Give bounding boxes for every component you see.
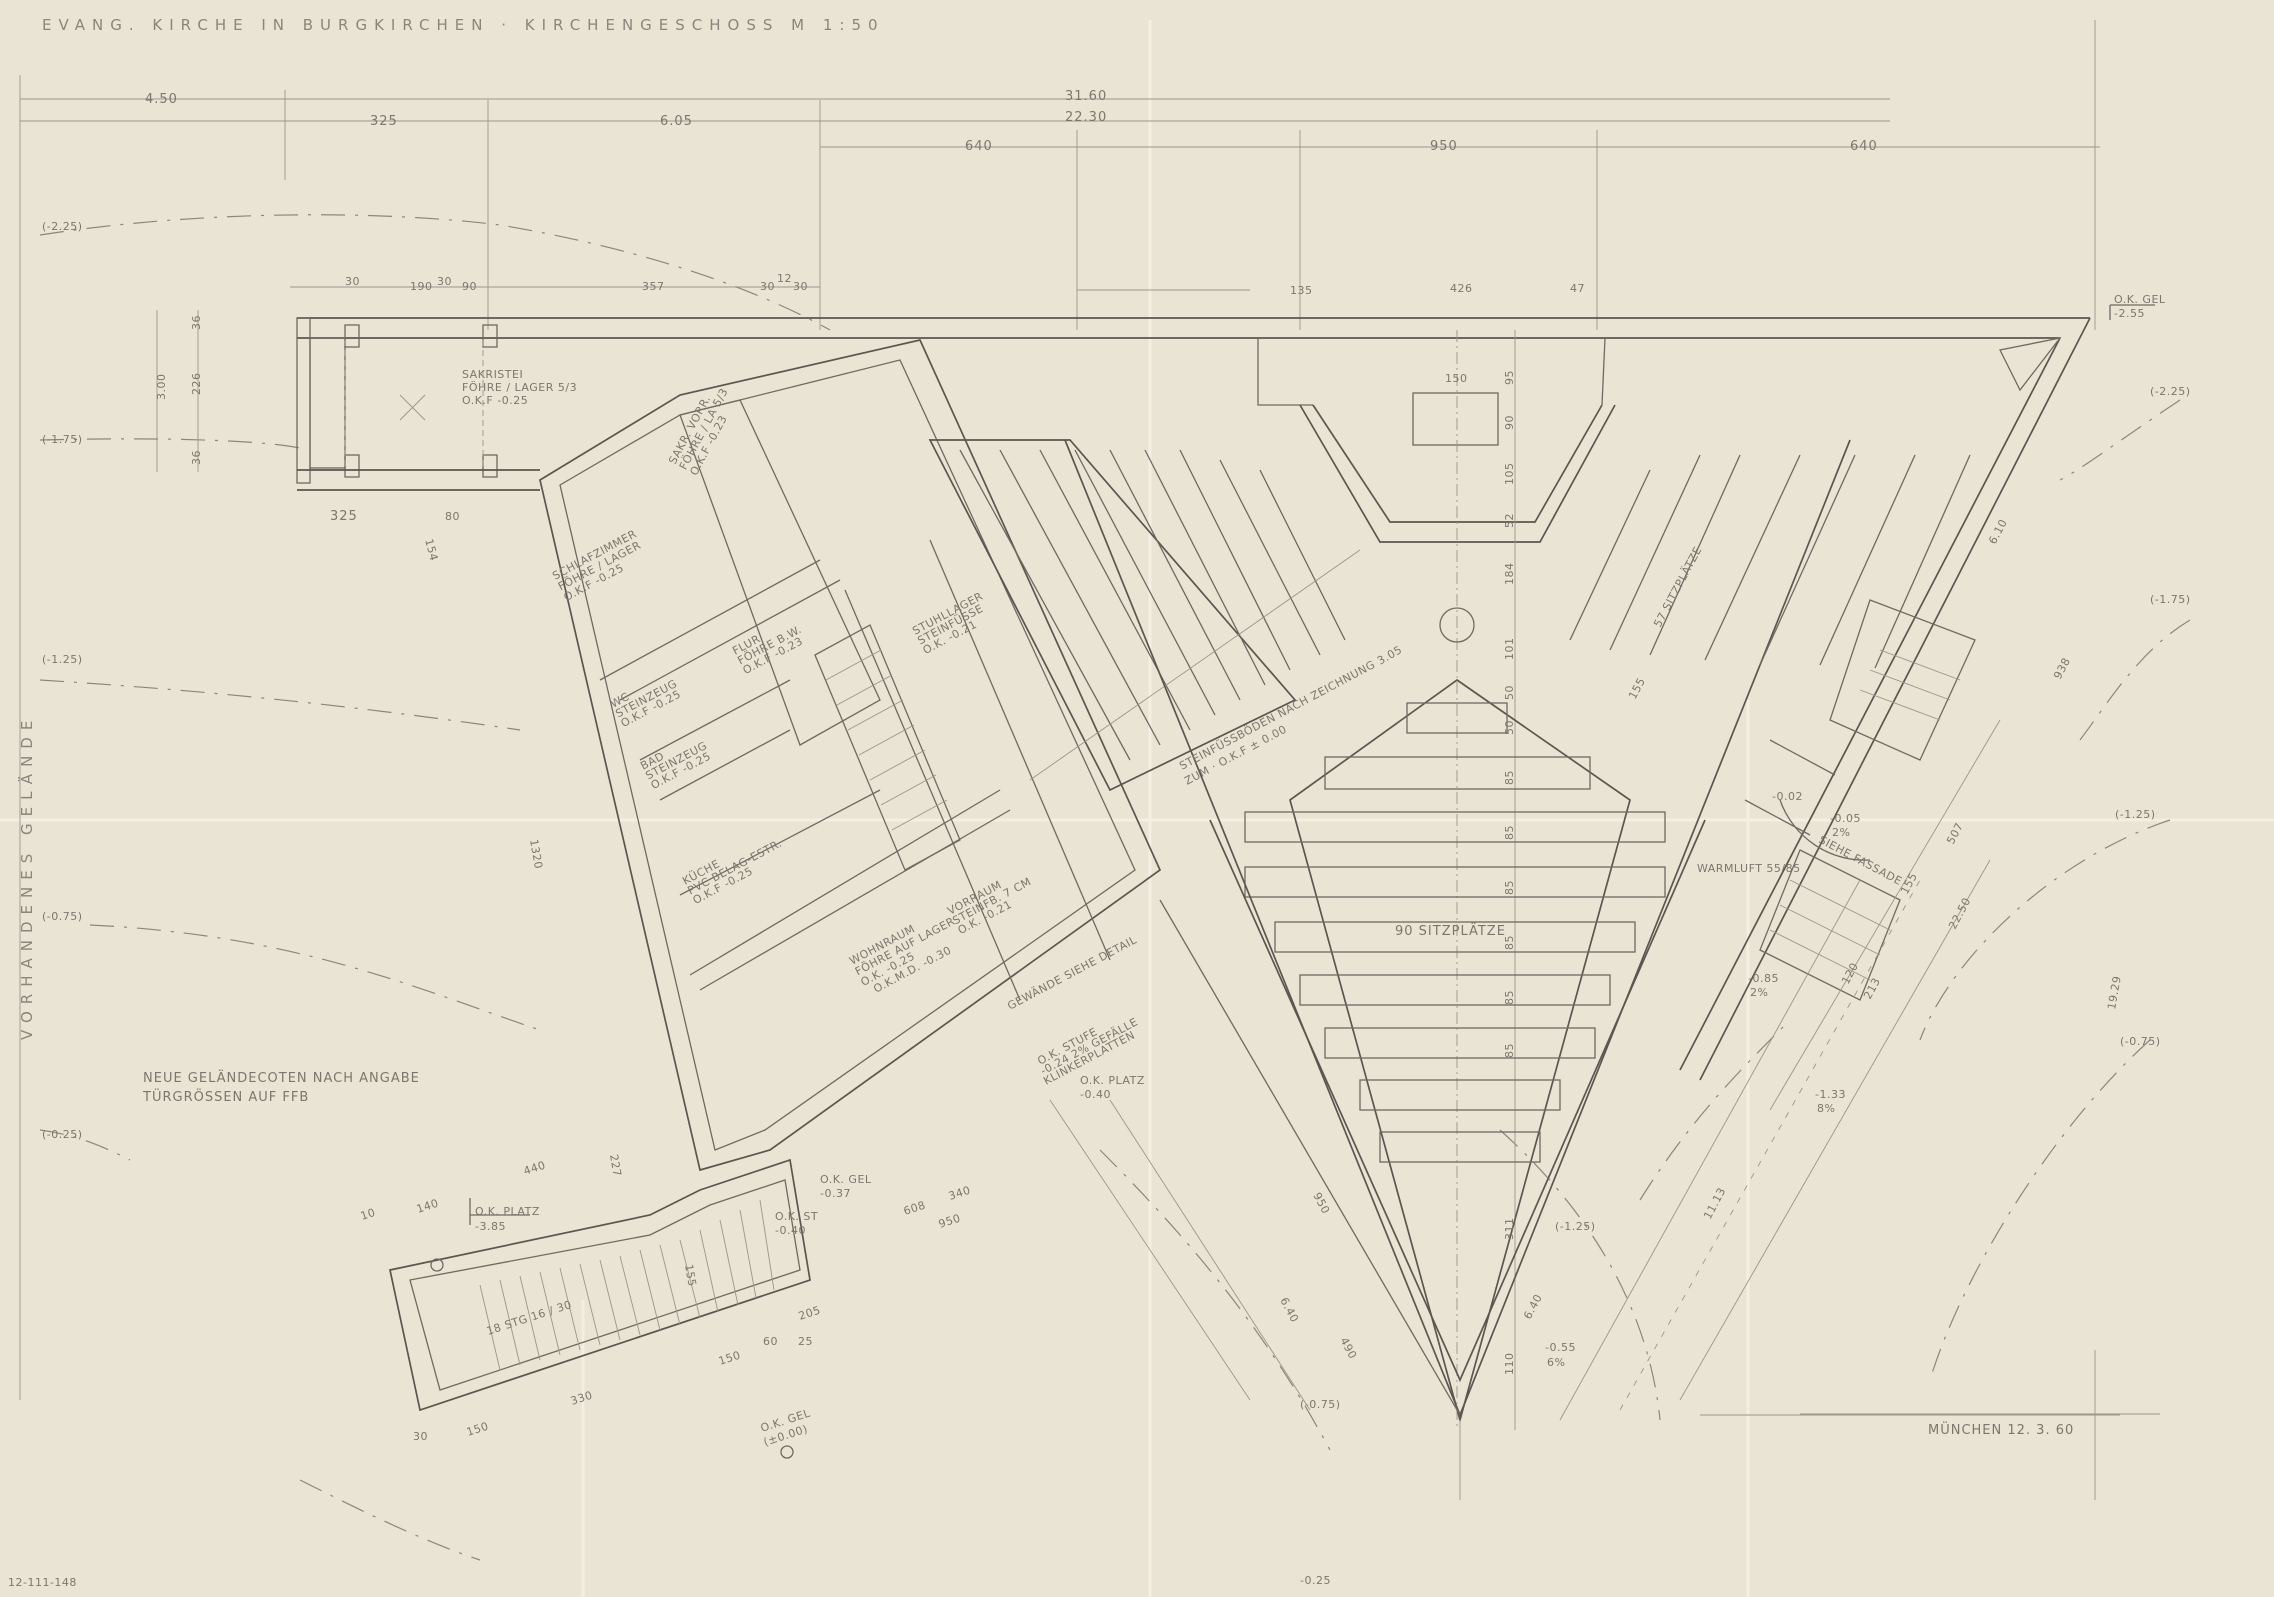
dim-label: 105	[1503, 463, 1516, 486]
dim-label: 340	[947, 1184, 972, 1203]
level-label: (-2.25)	[42, 220, 83, 233]
dim-label: 6.10	[1986, 517, 2010, 547]
level-value: -0.85	[1748, 972, 1779, 985]
archive-mark: 12-111-148	[8, 1576, 77, 1589]
level-marker-label: O.K. PLATZ	[1080, 1074, 1145, 1087]
dim-label: 90	[1503, 415, 1516, 430]
dim-label: 213	[1861, 975, 1883, 1001]
dim-label: 227	[607, 1153, 624, 1177]
dim-label: 12	[777, 272, 792, 285]
dim-label: 11.13	[1701, 1185, 1728, 1221]
level-value: -0.05	[1830, 812, 1861, 825]
seating-count-right: 57 SITZPLÄTZE	[1651, 544, 1704, 629]
dim-label: 110	[1503, 1353, 1516, 1376]
room-kueche: KÜCHE PVC BELAG-ESTR. O.K.F -0.25	[680, 827, 789, 907]
marker-ok-gel-top: O.K. GEL -2.55	[2110, 293, 2166, 320]
dim-overall: 31.60	[1065, 89, 1107, 104]
level-value: -0.02	[1772, 790, 1803, 803]
level-marker-label: O.K. GEL	[820, 1173, 872, 1186]
dim-label: 85	[1503, 825, 1516, 840]
note-warmluft: WARMLUFT 55/85	[1697, 862, 1801, 875]
dim-label: 135	[1290, 284, 1313, 297]
room-sakr-vorr: SAKR. VORR. FÖHRE / LA 5/3 O.K.F -0.23	[666, 380, 741, 477]
dim-label: 50	[1503, 685, 1516, 700]
place-date: MÜNCHEN 12. 3. 60	[1928, 1421, 2074, 1438]
dim-label: 190	[410, 280, 433, 293]
dim-label: 30	[413, 1430, 428, 1443]
dim-label: 155	[682, 1263, 699, 1287]
pews-center-block: 90 SITZPLÄTZE	[1245, 680, 1665, 1420]
level-label: (-1.75)	[42, 433, 83, 446]
level-marker-label: O.K. GEL	[2114, 293, 2166, 306]
dim-label: 30	[793, 280, 808, 293]
general-notes: NEUE GELÄNDECOTEN NACH ANGABE TÜRGRÖSSEN…	[142, 658, 1904, 1338]
marker-ok-gel-bottom: O.K. GEL (±0.00)	[759, 1406, 812, 1448]
level-marker-label: O.K. ST	[775, 1210, 818, 1223]
room-bad: BAD STEINZEUG O.K.F -0.25	[638, 729, 714, 792]
dim-label: 155	[1626, 675, 1648, 701]
level-value: -1.33	[1815, 1088, 1846, 1101]
level-marker-value: -2.55	[2114, 307, 2145, 320]
note-floor: STEINFÜSSBÖDEN NACH ZEICHNUNG	[1177, 658, 1377, 773]
note-terrain: NEUE GELÄNDECOTEN NACH ANGABE	[143, 1070, 420, 1086]
dim-label: 490	[1337, 1335, 1359, 1361]
dim-label: 938	[2051, 655, 2073, 681]
level-label: (-0.75)	[42, 910, 83, 923]
seating-count-center: 90 SITZPLÄTZE	[1395, 923, 1506, 939]
dim-label: 85	[1503, 880, 1516, 895]
dim-label: 50	[1503, 720, 1516, 735]
center-dimensions: 95 150 90 105 52 184 101 50 50 85 85 85 …	[1277, 370, 1728, 1375]
dim-label: 608	[902, 1199, 927, 1218]
note-gewaende: GEWÄNDE SIEHE DETAIL	[1005, 933, 1139, 1012]
dim-label: 85	[1503, 1043, 1516, 1058]
dim-label: 440	[522, 1159, 547, 1178]
drawing-sheet: EVANG. KIRCHE IN BURGKIRCHEN · KIRCHENGE…	[0, 0, 2274, 1597]
dim-label: 311	[1503, 1218, 1516, 1241]
level-label: (-1.25)	[2115, 808, 2156, 821]
dim-label: 205	[797, 1304, 822, 1323]
dim-label: 90	[462, 280, 477, 293]
drawing-title: EVANG. KIRCHE IN BURGKIRCHEN · KIRCHENGE…	[42, 16, 885, 34]
dim-label: 80	[445, 510, 460, 523]
room-flur: FLUR FÖHRE B.W. O.K.F -0.23	[730, 613, 809, 677]
pews-left-block	[930, 440, 1360, 790]
level-marker-value: -0.40	[775, 1224, 806, 1237]
room-wc: WC STEINZEUG O.K.F -0.25	[608, 667, 684, 730]
dim-label: 6.05	[660, 114, 693, 129]
room-level: O.K.F -0.25	[462, 394, 528, 407]
room-schlafzimmer: SCHLAFZIMMER FÖHRE / LAGER O.K.F -0.25	[550, 527, 650, 604]
right-dimensions: 6.10 938 22.50 507 19.29 155 120 213	[1839, 517, 2124, 1011]
marker-ok-platz-2: O.K. PLATZ -0.40	[1080, 1074, 1145, 1101]
marker-ok-gel-mid: O.K. GEL -0.37	[820, 1173, 872, 1200]
dim-label: 226	[190, 373, 203, 396]
top-dimensions: 4.50 325 6.05 31.60 22.30 640 950 640 30…	[20, 20, 2100, 1500]
level-slope: 2%	[1832, 826, 1850, 839]
dim-label: 426	[1450, 282, 1473, 295]
dim-label: 4.50	[145, 92, 178, 107]
dim-label: 30	[345, 275, 360, 288]
terrain-contours	[40, 215, 2190, 1560]
dim-label: 950	[1310, 1190, 1332, 1216]
paper-folds	[0, 20, 2274, 1597]
dim-label: 150	[717, 1349, 742, 1368]
dim-label: 10	[359, 1206, 377, 1223]
level-slope: 6%	[1547, 1356, 1565, 1369]
level-marker-value: -0.37	[820, 1187, 851, 1200]
level-label: (-1.25)	[42, 653, 83, 666]
dim-label: 640	[1850, 139, 1878, 154]
level-slope: 2%	[1750, 986, 1768, 999]
dim-label: 101	[1503, 638, 1516, 661]
dim-label: 85	[1503, 935, 1516, 950]
dim-label: 30	[760, 280, 775, 293]
marker-ok-st: O.K. ST -0.40	[775, 1210, 818, 1237]
dim-label: 25	[798, 1335, 813, 1348]
dim-label: 330	[569, 1389, 594, 1408]
level-value: -0.55	[1545, 1341, 1576, 1354]
room-wohnraum: WOHNRAUM FÖHRE AUF LAGER O.K. -0.25 O.K.…	[847, 904, 968, 999]
dim-label: 184	[1503, 563, 1516, 586]
marker-ok-platz: O.K. PLATZ -3.85	[470, 1198, 540, 1233]
dim-label: 3.05	[1375, 643, 1404, 668]
dim-label: 19.29	[2105, 975, 2124, 1011]
dim-label: 950	[937, 1212, 962, 1231]
dim-label: 22.50	[1946, 895, 1973, 931]
room-floor: FÖHRE / LAGER 5/3	[462, 381, 577, 394]
note-door-sizes: TÜRGRÖSSEN AUF FFB	[142, 1088, 309, 1105]
level-label: (-1.75)	[2150, 593, 2191, 606]
level-marker-value: -0.40	[1080, 1088, 1111, 1101]
room-vorraum: VORRAUM STEINFB. 7 CM O.K. -0.21	[945, 865, 1038, 937]
dim-label: 325	[330, 509, 358, 524]
level-slope: 8%	[1817, 1102, 1835, 1115]
dim-label: 325	[370, 114, 398, 129]
level-marker-label: O.K. PLATZ	[475, 1205, 540, 1218]
dim-label: 140	[415, 1197, 440, 1216]
dim-label: 47	[1570, 282, 1585, 295]
vertical-terrain-label: VORHANDENES GELÄNDE	[17, 714, 36, 1040]
dim-label: 85	[1503, 990, 1516, 1005]
level-label: (-1.25)	[1555, 1220, 1596, 1233]
dim-label: 3.00	[155, 374, 168, 401]
dim-label: 36	[190, 450, 203, 465]
dim-label: 95	[1503, 370, 1516, 385]
note-stair: 18 STG 16 / 30	[485, 1298, 574, 1338]
dim-label: 52	[1503, 513, 1516, 528]
dim-label: 30	[437, 275, 452, 288]
dim-label: 357	[642, 280, 665, 293]
interior-stair	[815, 625, 960, 870]
dim-label: 85	[1503, 770, 1516, 785]
dim-label: 1320	[527, 838, 545, 870]
dim-label: 6.40	[1521, 1292, 1545, 1322]
room-stuhllager: STUHLLAGER STEINFÜSSE O.K. -0.21	[910, 590, 995, 658]
level-label: (-0.25)	[42, 1128, 83, 1141]
dim-label: 60	[763, 1335, 778, 1348]
exterior-stair	[390, 1160, 810, 1458]
dim-sub: 22.30	[1065, 110, 1107, 125]
terrain-level-labels: (-2.25) (-1.75) (-1.25) (-0.75) (-0.25) …	[42, 220, 2191, 1587]
dim-label: 950	[1430, 139, 1458, 154]
dim-label: 507	[1944, 820, 1966, 846]
pews-right-block: 57 SITZPLÄTZE	[1570, 455, 1970, 668]
dim-label: 150	[1445, 372, 1468, 385]
dim-label: 6.40	[1277, 1295, 1301, 1325]
level-label: -0.25	[1300, 1574, 1331, 1587]
level-label: (-2.25)	[2150, 385, 2191, 398]
room-name: SAKRISTEI	[462, 368, 523, 381]
room-labels: SAKRISTEI FÖHRE / LAGER 5/3 O.K.F -0.25 …	[462, 368, 1039, 999]
dim-label: 154	[422, 537, 440, 562]
floor-plan-drawing: EVANG. KIRCHE IN BURGKIRCHEN · KIRCHENGE…	[0, 0, 2274, 1597]
level-label: (-0.75)	[2120, 1035, 2161, 1048]
dim-label: 640	[965, 139, 993, 154]
dim-label: 120	[1839, 960, 1861, 986]
dim-label: 36	[190, 315, 203, 330]
room-sakristei: SAKRISTEI FÖHRE / LAGER 5/3 O.K.F -0.25	[462, 368, 577, 407]
dim-label: 150	[465, 1420, 490, 1439]
level-marker-value: -3.85	[475, 1220, 506, 1233]
